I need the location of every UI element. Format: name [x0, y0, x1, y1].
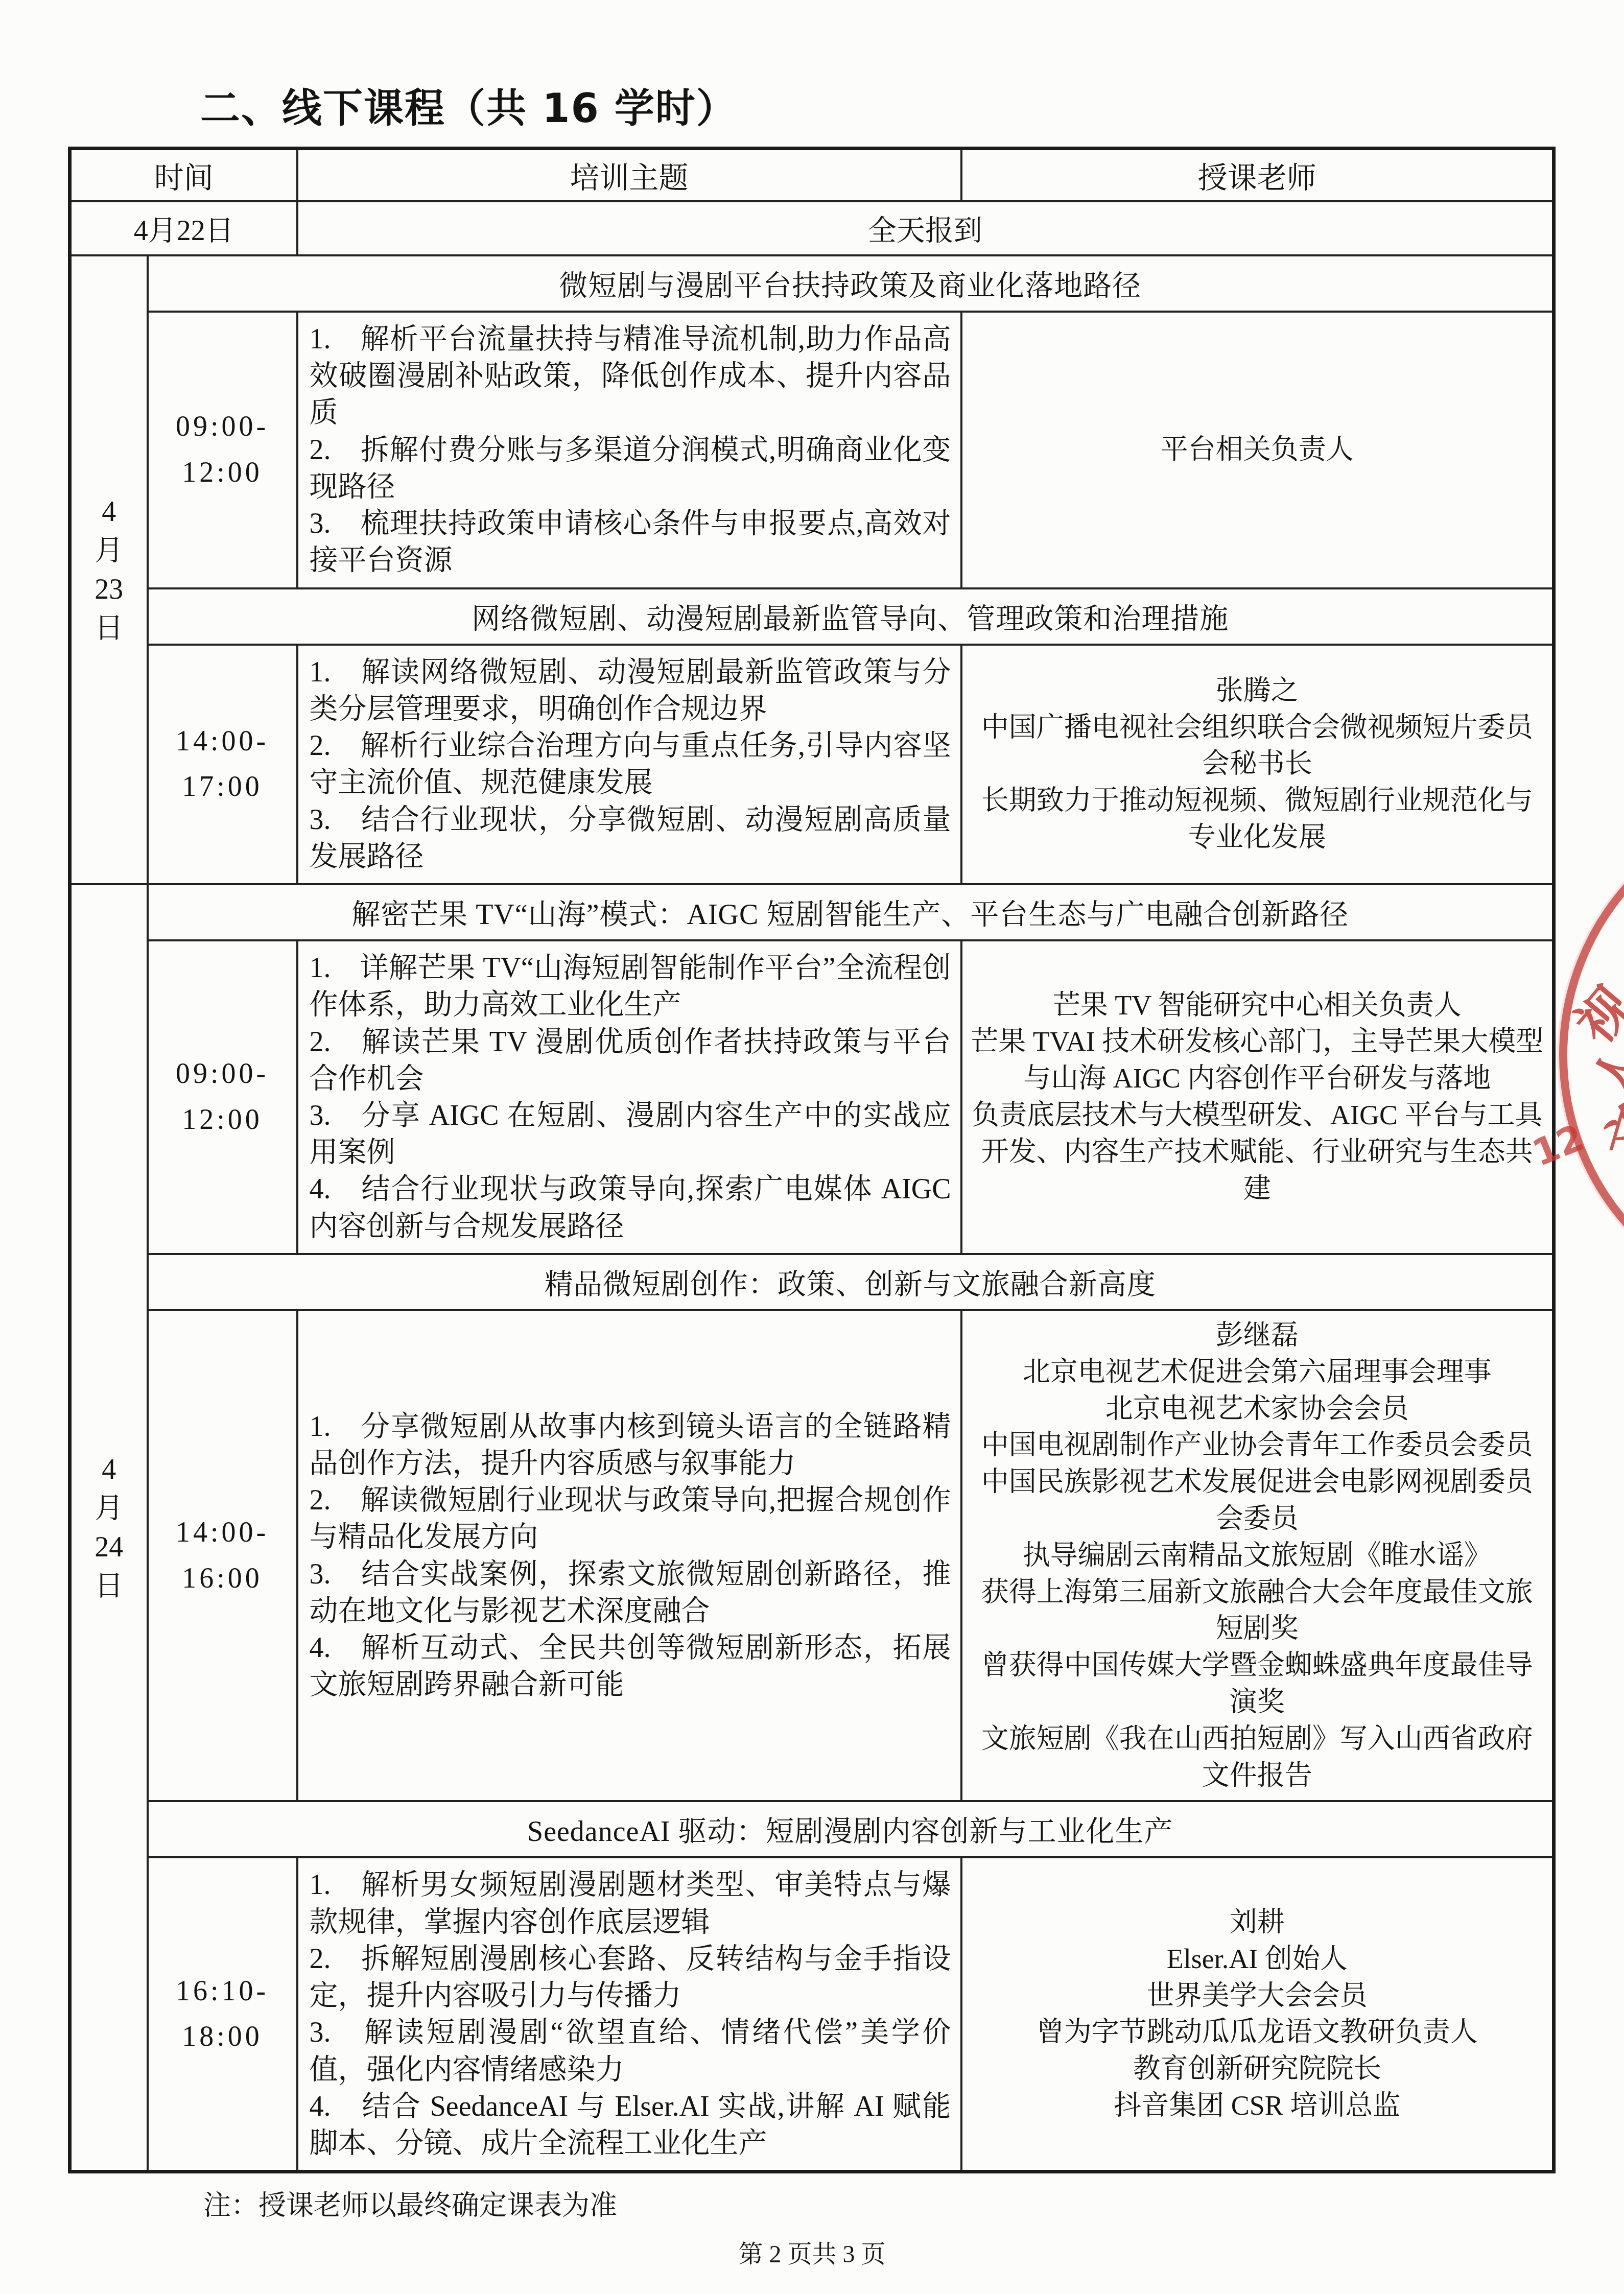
session-points: 1. 详解芒果 TV“山海短剧智能制作平台”全流程创作体系，助力高效工业化生产2…: [310, 950, 951, 1245]
teacher-line: 获得上海第三届新文旅融合大会年度最佳文旅短剧奖: [971, 1574, 1544, 1648]
topic-point: 1. 解读网络微短剧、动漫短剧最新监管政策与分类分层管理要求，明确创作合规边界: [310, 654, 951, 727]
table-header-row: 时间 培训主题 授课老师: [70, 149, 1554, 202]
topic-point: 3. 结合实战案例，探索文旅微短剧创新路径，推动在地文化与影视艺术深度融合: [310, 1556, 951, 1629]
session-teacher-cell: 刘耕Elser.AI 创始人世界美学大会会员曾为字节跳动瓜瓜龙语文教研负责人教育…: [961, 1857, 1554, 2171]
teacher-line: 抖音集团 CSR 培训总监: [971, 2088, 1544, 2124]
session-time: 14:00- 17:00: [148, 645, 297, 884]
session-points-cell: 1. 解析平台流量扶持与精准导流机制,助力作品高效破圈漫剧补贴政策，降低创作成本…: [297, 312, 961, 588]
session-points-cell: 1. 解读网络微短剧、动漫短剧最新监管政策与分类分层管理要求，明确创作合规边界2…: [297, 645, 961, 884]
session-teacher-cell: 芒果 TV 智能研究中心相关负责人芒果 TVAI 技术研发核心部门，主导芒果大模…: [961, 940, 1554, 1254]
session-time: 14:00- 16:00: [148, 1310, 297, 1802]
teacher-line: Elser.AI 创始人: [971, 1941, 1544, 1978]
teacher-line: 北京电视艺术促进会第六届理事会理事: [971, 1354, 1544, 1391]
page-title: 二、线下课程（共 16 学时）: [200, 77, 737, 134]
topic-point: 2. 解析行业综合治理方向与重点任务,引导内容坚守主流价值、规范健康发展: [310, 727, 951, 801]
date-cell-apr24: 4月24日: [70, 884, 148, 2172]
date-apr24: 4月24日: [72, 1452, 146, 1604]
teacher-line: 中国民族影视艺术发展促进会电影网视剧委员会委员: [971, 1464, 1544, 1538]
topic-row: 网络微短剧、动漫短剧最新监管导向、管理政策和治理措施: [70, 588, 1554, 645]
session-topic-title: 微短剧与漫剧平台扶持政策及商业化落地路径: [148, 255, 1554, 312]
topic-point: 1. 详解芒果 TV“山海短剧智能制作平台”全流程创作体系，助力高效工业化生产: [310, 950, 951, 1023]
topic-point: 1. 解析男女频短剧漫剧题材类型、审美特点与爆款规律，掌握内容创作底层逻辑: [310, 1866, 951, 1940]
topic-point: 3. 结合行业现状，分享微短剧、动漫短剧高质量发展路径: [310, 801, 951, 875]
teacher-line: 负责底层技术与大模型研发、AIGC 平台与工具开发、内容生产技术赋能、行业研究与…: [971, 1097, 1544, 1207]
teacher-line: 中国电视剧制作产业协会青年工作委员会委员: [971, 1427, 1544, 1464]
topic-point: 4. 结合行业现状与政策导向,探索广电媒体 AIGC 内容创新与合规发展路径: [310, 1171, 951, 1244]
teacher-line: 北京电视艺术家协会会员: [971, 1391, 1544, 1428]
teacher-line: 曾获得中国传媒大学暨金蜘蛛盛典年度最佳导演奖: [971, 1647, 1544, 1721]
session-topic-title: 精品微短剧创作：政策、创新与文旅融合新高度: [148, 1254, 1554, 1310]
session-teacher: 彭继磊北京电视艺术促进会第六届理事会理事北京电视艺术家协会会员中国电视剧制作产业…: [971, 1317, 1544, 1794]
session-teacher: 平台相关负责人: [971, 432, 1544, 468]
topic-point: 2. 解读芒果 TV 漫剧优质创作者扶持政策与平台合作机会: [310, 1024, 951, 1097]
teacher-line: 长期致力于推动短视频、微短剧行业规范化与专业化发展: [971, 783, 1544, 856]
teacher-line: 教育创新研究院院长: [971, 2051, 1544, 2088]
session-teacher: 芒果 TV 智能研究中心相关负责人芒果 TVAI 技术研发核心部门，主导芒果大模…: [971, 987, 1544, 1208]
session-row: 09:00- 12:00 1. 解析平台流量扶持与精准导流机制,助力作品高效破圈…: [70, 312, 1554, 588]
column-header-teacher: 授课老师: [961, 149, 1554, 202]
page-body: 时间 培训主题 授课老师 4月22日 全天报到 4月23日 微短剧与漫剧平台扶持…: [0, 147, 1624, 2269]
session-teacher: 张腾之中国广播电视社会组织联合会微视频短片委员会秘书长长期致力于推动短视频、微短…: [971, 673, 1544, 856]
topic-point: 3. 梳理扶持政策申请核心条件与申报要点,高效对接平台资源: [310, 505, 951, 579]
topic-point: 3. 分享 AIGC 在短剧、漫剧内容生产中的实战应用案例: [310, 1097, 951, 1171]
session-time: 09:00- 12:00: [148, 312, 297, 588]
teacher-line: 芒果 TV 智能研究中心相关负责人: [971, 987, 1544, 1024]
session-time: 09:00- 12:00: [148, 940, 297, 1254]
teacher-line: 彭继磊: [971, 1317, 1544, 1354]
topic-point: 2. 拆解付费分账与多渠道分润模式,明确商业化变现路径: [310, 432, 951, 505]
teacher-line: 文旅短剧《我在山西拍短剧》写入山西省政府文件报告: [971, 1721, 1544, 1794]
session-topic-title: 解密芒果 TV“山海”模式：AIGC 短剧智能生产、平台生态与广电融合创新路径: [148, 884, 1554, 940]
session-row: 14:00- 17:00 1. 解读网络微短剧、动漫短剧最新监管政策与分类分层管…: [70, 645, 1554, 884]
topic-row: 4月24日 解密芒果 TV“山海”模式：AIGC 短剧智能生产、平台生态与广电融…: [70, 884, 1554, 940]
topic-row: 4月23日 微短剧与漫剧平台扶持政策及商业化落地路径: [70, 255, 1554, 312]
session-time: 16:10- 18:00: [148, 1857, 297, 2171]
topic-point: 3. 解读短剧漫剧“欲望直给、情绪代偿”美学价值，强化内容情绪感染力: [310, 2014, 951, 2088]
topic-row: 精品微短剧创作：政策、创新与文旅融合新高度: [70, 1254, 1554, 1310]
topic-point: 2. 解读微短剧行业现状与政策导向,把握合规创作与精品化发展方向: [310, 1482, 951, 1555]
session-teacher-cell: 彭继磊北京电视艺术促进会第六届理事会理事北京电视艺术家协会会员中国电视剧制作产业…: [961, 1310, 1554, 1802]
course-schedule-table: 时间 培训主题 授课老师 4月22日 全天报到 4月23日 微短剧与漫剧平台扶持…: [68, 147, 1556, 2173]
page-number: 第 2 页共 3 页: [0, 2234, 1624, 2269]
teacher-line: 中国广播电视社会组织联合会微视频短片委员会秘书长: [971, 710, 1544, 783]
session-points: 1. 解析男女频短剧漫剧题材类型、审美特点与爆款规律，掌握内容创作底层逻辑2. …: [310, 1866, 951, 2162]
registration-date: 4月22日: [70, 201, 297, 255]
topic-point: 1. 解析平台流量扶持与精准导流机制,助力作品高效破圈漫剧补贴政策，降低创作成本…: [310, 321, 951, 432]
registration-row: 4月22日 全天报到: [70, 201, 1554, 255]
registration-label: 全天报到: [297, 201, 1554, 255]
teacher-line: 世界美学大会会员: [971, 1978, 1544, 2015]
session-points-cell: 1. 详解芒果 TV“山海短剧智能制作平台”全流程创作体系，助力高效工业化生产2…: [297, 940, 961, 1254]
date-apr23: 4月23日: [72, 494, 146, 646]
session-points: 1. 解析平台流量扶持与精准导流机制,助力作品高效破圈漫剧补贴政策，降低创作成本…: [310, 321, 951, 579]
session-row: 16:10- 18:00 1. 解析男女频短剧漫剧题材类型、审美特点与爆款规律，…: [70, 1857, 1554, 2171]
topic-row: SeedanceAI 驱动：短剧漫剧内容创新与工业化生产: [70, 1801, 1554, 1857]
session-points-cell: 1. 分享微短剧从故事内核到镜头语言的全链路精品创作方法，提升内容质感与叙事能力…: [297, 1310, 961, 1802]
teacher-line: 平台相关负责人: [971, 432, 1544, 468]
session-topic-title: SeedanceAI 驱动：短剧漫剧内容创新与工业化生产: [148, 1801, 1554, 1857]
session-teacher-cell: 平台相关负责人: [961, 312, 1554, 588]
session-topic-title: 网络微短剧、动漫短剧最新监管导向、管理政策和治理措施: [148, 588, 1554, 645]
column-header-topic: 培训主题: [297, 149, 961, 202]
scanned-page: 二、线下课程（共 16 学时） 时间 培训主题 授课老师 4月22日 全天报到 …: [0, 0, 1624, 2294]
teacher-line: 曾为字节跳动瓜瓜龙语文教研负责人: [971, 2014, 1544, 2051]
session-points: 1. 分享微短剧从故事内核到镜头语言的全链路精品创作方法，提升内容质感与叙事能力…: [310, 1408, 951, 1704]
teacher-line: 刘耕: [971, 1904, 1544, 1941]
session-points: 1. 解读网络微短剧、动漫短剧最新监管政策与分类分层管理要求，明确创作合规边界2…: [310, 654, 951, 875]
column-header-time: 时间: [70, 149, 297, 202]
teacher-line: 芒果 TVAI 技术研发核心部门，主导芒果大模型与山海 AIGC 内容创作平台研…: [971, 1024, 1544, 1097]
date-cell-apr23: 4月23日: [70, 255, 148, 884]
topic-point: 4. 解析互动式、全民共创等微短剧新形态，拓展文旅短剧跨界融合新可能: [310, 1629, 951, 1703]
session-row: 09:00- 12:00 1. 详解芒果 TV“山海短剧智能制作平台”全流程创作…: [70, 940, 1554, 1254]
teacher-line: 张腾之: [971, 673, 1544, 710]
session-teacher-cell: 张腾之中国广播电视社会组织联合会微视频短片委员会秘书长长期致力于推动短视频、微短…: [961, 645, 1554, 884]
topic-point: 4. 结合 SeedanceAI 与 Elser.AI 实战,讲解 AI 赋能脚…: [310, 2088, 951, 2162]
footer-note: 注：授课老师以最终确定课表为准: [203, 2184, 1624, 2223]
session-row: 14:00- 16:00 1. 分享微短剧从故事内核到镜头语言的全链路精品创作方…: [70, 1310, 1554, 1802]
topic-point: 2. 拆解短剧漫剧核心套路、反转结构与金手指设定，提升内容吸引力与传播力: [310, 1941, 951, 2014]
session-teacher: 刘耕Elser.AI 创始人世界美学大会会员曾为字节跳动瓜瓜龙语文教研负责人教育…: [971, 1904, 1544, 2124]
teacher-line: 执导编剧云南精品文旅短剧《睢水谣》: [971, 1538, 1544, 1574]
topic-point: 1. 分享微短剧从故事内核到镜头语言的全链路精品创作方法，提升内容质感与叙事能力: [310, 1408, 951, 1482]
session-points-cell: 1. 解析男女频短剧漫剧题材类型、审美特点与爆款规律，掌握内容创作底层逻辑2. …: [297, 1857, 961, 2171]
